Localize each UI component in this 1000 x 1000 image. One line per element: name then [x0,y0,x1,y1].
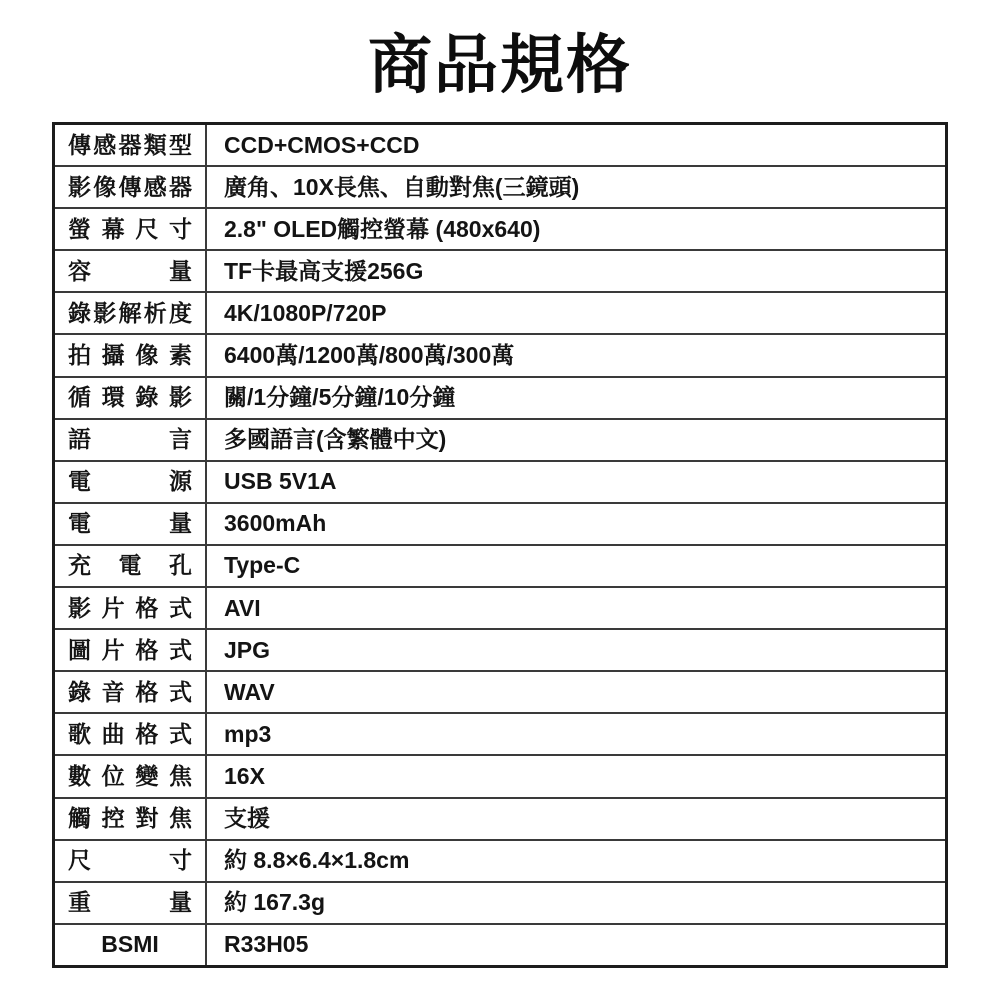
spec-value: 16X [207,756,945,796]
spec-label: 影片格式 [55,588,207,628]
spec-value: Type-C [207,546,945,586]
spec-label: 歌曲格式 [55,714,207,754]
table-row-touch-focus: 觸控對焦 支援 [55,799,945,841]
spec-value: 支援 [207,799,945,839]
table-row-capacity: 容量 TF卡最高支援256G [55,251,945,293]
table-row-screen-size: 螢幕尺寸 2.8" OLED觸控螢幕 (480x640) [55,209,945,251]
table-row-music-format: 歌曲格式 mp3 [55,714,945,756]
table-row-weight: 重量 約 167.3g [55,883,945,925]
table-row-dimensions: 尺寸 約 8.8×6.4×1.8cm [55,841,945,883]
spec-label: 觸控對焦 [55,799,207,839]
table-row-image-sensor: 影像傳感器 廣角、10X長焦、自動對焦(三鏡頭) [55,167,945,209]
spec-value: JPG [207,630,945,670]
table-row-bsmi: BSMI R33H05 [55,925,945,965]
spec-label: 電量 [55,504,207,544]
spec-label: 尺寸 [55,841,207,881]
spec-value: USB 5V1A [207,462,945,502]
spec-value: 約 8.8×6.4×1.8cm [207,841,945,881]
spec-label: 拍攝像素 [55,335,207,375]
spec-table: 傳感器類型 CCD+CMOS+CCD 影像傳感器 廣角、10X長焦、自動對焦(三… [52,122,948,968]
spec-label: 充電孔 [55,546,207,586]
spec-value: 廣角、10X長焦、自動對焦(三鏡頭) [207,167,945,207]
spec-value: 約 167.3g [207,883,945,923]
spec-label: 傳感器類型 [55,125,207,165]
table-row-language: 語言 多國語言(含繁體中文) [55,420,945,462]
spec-label: 錄影解析度 [55,293,207,333]
table-row-battery: 電量 3600mAh [55,504,945,546]
spec-value: 2.8" OLED觸控螢幕 (480x640) [207,209,945,249]
spec-value: 6400萬/1200萬/800萬/300萬 [207,335,945,375]
spec-sheet-page: 商品規格 傳感器類型 CCD+CMOS+CCD 影像傳感器 廣角、10X長焦、自… [0,0,1000,1000]
table-row-video-resolution: 錄影解析度 4K/1080P/720P [55,293,945,335]
table-row-image-format: 圖片格式 JPG [55,630,945,672]
spec-value: 4K/1080P/720P [207,293,945,333]
spec-label: 循環錄影 [55,378,207,418]
table-row-audio-format: 錄音格式 WAV [55,672,945,714]
table-row-power-source: 電源 USB 5V1A [55,462,945,504]
spec-value: 3600mAh [207,504,945,544]
spec-value: AVI [207,588,945,628]
spec-value: TF卡最高支援256G [207,251,945,291]
spec-label: 電源 [55,462,207,502]
page-title: 商品規格 [0,14,1000,106]
spec-label: 數位變焦 [55,756,207,796]
spec-label: 語言 [55,420,207,460]
spec-value: 多國語言(含繁體中文) [207,420,945,460]
spec-value: WAV [207,672,945,712]
table-row-sensor-type: 傳感器類型 CCD+CMOS+CCD [55,125,945,167]
table-row-digital-zoom: 數位變焦 16X [55,756,945,798]
table-row-video-format: 影片格式 AVI [55,588,945,630]
table-row-photo-pixels: 拍攝像素 6400萬/1200萬/800萬/300萬 [55,335,945,377]
spec-value: 關/1分鐘/5分鐘/10分鐘 [207,378,945,418]
spec-label: 螢幕尺寸 [55,209,207,249]
table-row-charging-port: 充電孔 Type-C [55,546,945,588]
spec-value: CCD+CMOS+CCD [207,125,945,165]
spec-label: 容量 [55,251,207,291]
spec-value: R33H05 [207,925,945,965]
spec-label: 圖片格式 [55,630,207,670]
spec-label: BSMI [55,925,207,965]
spec-value: mp3 [207,714,945,754]
table-row-loop-recording: 循環錄影 關/1分鐘/5分鐘/10分鐘 [55,378,945,420]
spec-label: 影像傳感器 [55,167,207,207]
spec-label: 重量 [55,883,207,923]
spec-label: 錄音格式 [55,672,207,712]
